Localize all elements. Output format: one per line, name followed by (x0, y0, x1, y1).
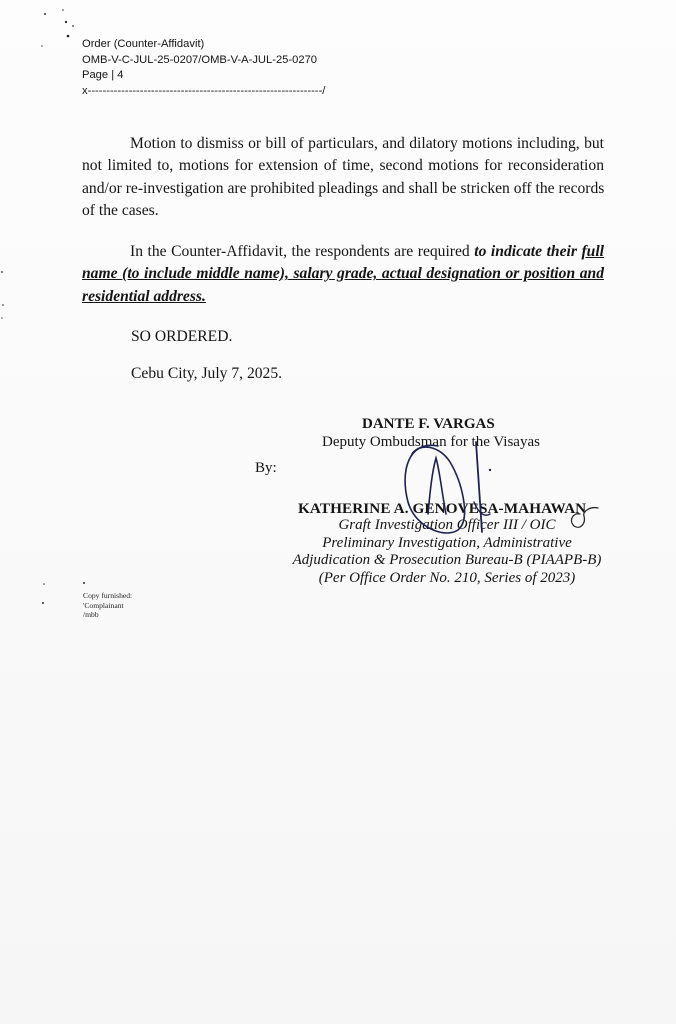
paragraph-respondent-requirements: In the Counter-Affidavit, the respondent… (82, 241, 604, 308)
emphasis-text: to indicate their (474, 243, 581, 260)
designation-line: Graft Investigation Officer III / OIC (282, 517, 612, 535)
document-header: Order (Counter-Affidavit) OMB-V-C-JUL-25… (82, 37, 325, 99)
paragraph-line: of the cases. (82, 200, 604, 222)
paragraph-line: Motion to dismiss or bill of particulars… (82, 133, 604, 155)
designation-line: Preliminary Investigation, Administrativ… (282, 535, 612, 553)
so-ordered: SO ORDERED. (131, 328, 232, 346)
by-label: By: (255, 460, 277, 477)
page-number: Page | 4 (82, 68, 325, 84)
header-separator: x---------------------------------------… (82, 84, 325, 100)
designation-line: Adjudication & Prosecution Bureau-B (PIA… (282, 552, 612, 570)
designation-line: (Per Office Order No. 210, Series of 202… (282, 570, 612, 588)
plain-text: In the Counter-Affidavit, the respondent… (130, 243, 474, 260)
emphasis-underlined-text: name (to include middle name), salary gr… (82, 263, 604, 285)
paragraph-line: not limited to, motions for extension of… (82, 155, 604, 177)
document-type: Order (Counter-Affidavit) (82, 37, 325, 53)
copy-furnished: Copy furnished: 'Complainant /mbb (83, 591, 132, 620)
signatory1-title: Deputy Ombudsman for the Visayas (322, 434, 540, 451)
emphasis-underlined-text: residential address. (82, 286, 604, 308)
signatory2-name: KATHERINE A. GENOVESA-MAHAWAN (298, 500, 586, 518)
place-and-date: Cebu City, July 7, 2025. (131, 365, 282, 383)
copy-furnished-label: Copy furnished: (83, 591, 132, 601)
case-numbers: OMB-V-C-JUL-25-0207/OMB-V-A-JUL-25-0270 (82, 53, 325, 69)
paragraph-prohibited-pleadings: Motion to dismiss or bill of particulars… (82, 133, 604, 222)
document-page: Order (Counter-Affidavit) OMB-V-C-JUL-25… (0, 0, 676, 1024)
copy-furnished-recipient: 'Complainant (83, 601, 132, 611)
paragraph-line: In the Counter-Affidavit, the respondent… (82, 241, 604, 263)
paragraph-line: and/or re-investigation are prohibited p… (82, 178, 604, 200)
signatory1-name: DANTE F. VARGAS (362, 416, 495, 433)
emphasis-underlined-text: full (581, 243, 604, 260)
typist-initials: /mbb (83, 610, 132, 620)
signatory2-designation: Graft Investigation Officer III / OIC Pr… (282, 517, 612, 587)
